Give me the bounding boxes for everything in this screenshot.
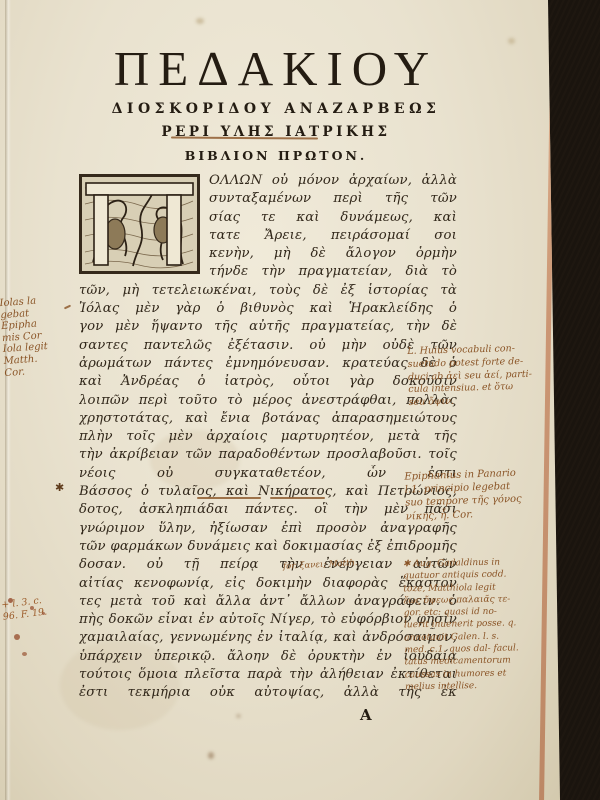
body-line: τατε Ἄρειε, πειράσομαί σοι παραστῆσαι μὴ (209, 227, 457, 245)
body-line: ὑπάρχειν ὑπερικῷ. ἄλοην δὲ ὀρυκτὴν ἐν ἰο… (79, 648, 457, 666)
body-line: δοτος, ἀσκληπιάδαι πάντες. οἳ τὴν μὲν πᾶ… (79, 501, 457, 519)
margin-asterisk: ✱ (55, 481, 64, 494)
margin-note-right-1: L. Huius vocabuli con-suetudo potest for… (407, 342, 559, 410)
margin-note-left: Iolas lagebatEpiphamis CorIola legitMatt… (0, 294, 65, 379)
body-line: γον μὲν ἥψαντο τῆς αὐτῆς πραγματείας, τὴ… (79, 318, 457, 336)
body-line: Ἰόλας μὲν γὰρ ὁ βιθυνὸς καὶ Ἡρακλείδης ὁ… (79, 300, 457, 318)
book-page: ΠΕΔΑΚΙΟΥ ΔΙΟΣΚΟΡΙΔΟΥ ΑΝΑΖΑΡΒΕΩΣ ΡΕΡΙ ΥΛΗ… (0, 0, 566, 800)
ink-underline (270, 497, 325, 499)
body-line: συνταξαμένων περὶ τῆς τῶν φαρμάκων σκευα… (209, 190, 457, 208)
ink-underline (197, 497, 261, 499)
body-line: πὴς δοκῶν εἶναι ἐν αὐτοῖς Νίγερ, τὸ εὐφό… (79, 611, 457, 629)
ink-blot (42, 612, 45, 615)
margin-note-line: melius intellise. (405, 679, 557, 694)
body-line: τῶν, μὴ τετελειωκέναι, τοὺς δὲ ἐξ ἱστορί… (79, 282, 457, 300)
ink-blot (30, 606, 34, 610)
paper-stain (208, 752, 214, 759)
ink-blot (8, 598, 13, 603)
signature-mark: A (360, 706, 372, 724)
body-line: Βάσσος ὁ τυλαῖος, καὶ Νικήρατος, καὶ Πετ… (79, 483, 457, 501)
body-line: ΟΛΛΩΝ οὐ μόνον ἀρχαίων, ἀλλὰ καὶ νέων (209, 172, 457, 190)
margin-note-right-2: Epiphanius in Panariol.1. principio lege… (404, 465, 558, 523)
body-line: νέοις οὐ συγκαταθετέον, ὧν ἐστι (79, 465, 457, 483)
page-title: ΠΕΔΑΚΙΟΥ (8, 40, 544, 97)
body-line: χρηστοτάτας, καὶ ἔνια βοτάνας ἀπαρασημει… (79, 410, 457, 428)
body-line: τούτοις ὅμοια πλεῖστα παρὰ τὴν ἀλήθειαν … (79, 666, 457, 684)
title-book-line: ΒΙΒΛΙΟΝ ΠΡΩΤΟΝ. (8, 148, 544, 163)
body-line: δοσαν. οὐ τῇ πείρᾳ τὴν ἐνέργειαν αὐτῶν κ… (79, 556, 457, 574)
body-line: σίας τε καὶ δυνάμεως, καὶ δοκιμασίας φίλ… (209, 209, 457, 227)
body-line: σαντες παντελῶς ἐξέτασιν. οὐ μὴν οὐδὲ τῶ… (79, 337, 457, 355)
photo-backdrop: { "colors": { "paper": "#e9e2cf", "print… (0, 0, 600, 800)
paper-stain (236, 714, 241, 718)
ink-blot (14, 634, 20, 640)
body-line: τήνδε τὴν πραγματείαν, διὰ τὸ τοὺς μὲν α… (209, 263, 457, 281)
body-line: καὶ Ἀνδρέας ὁ ἰατρὸς, οὗτοι γὰρ δοκοῦσιν… (79, 373, 457, 391)
body-line: αἰτίας κενοφωνίᾳ, εἰς δοκιμὴν διαφορὰς ἕ… (79, 575, 457, 593)
margin-note-line: seu ὄψιν. (409, 393, 559, 410)
body-line: πλὴν τοῖς μὲν ἀρχαίοις μαρτυρητέον, μετὰ… (79, 428, 457, 446)
woodcut-initial (79, 174, 200, 274)
body-line: ἀρωμάτων πάντες ἐμνημόνευσαν. κρατεύας δ… (79, 355, 457, 373)
body-line: χαμαιλαίας, γεννωμένης ἐν ἰταλίᾳ, καὶ ἀν… (79, 629, 457, 647)
ink-blot (22, 652, 27, 656)
margin-note-right-3: ✱ Aug. Gadaldinus inquatuor antiquis cod… (403, 556, 557, 694)
body-line: ἐστι τεκμήρια οὐκ αὐτοψίας, ἀλλὰ τῆς ἐκ … (79, 684, 457, 702)
body-line: γνώριμον ὕλην, ἠξίωσαν ἐπὶ προσὸν ἀναγρα… (79, 520, 457, 538)
body-line: κενὴν, μὴ δὲ ἄλογον ὁρμὴν ἐσχηκέναι πρὸς (209, 245, 457, 263)
body-full-lines: τῶν, μὴ τετελειωκέναι, τοὺς δὲ ἐξ ἱστορί… (79, 282, 457, 703)
body-line: τὴν ἀκρίβειαν τῶν παραδοθέντων προσλαβοῦ… (79, 446, 457, 464)
title-author-line: ΔΙΟΣΚΟΡΙΔΟΥ ΑΝΑΖΑΡΒΕΩΣ (8, 101, 544, 117)
ink-mark (64, 305, 71, 310)
body-line: τες μετὰ τοῦ καὶ ἄλλα ἀντ᾽ ἄλλων ἀναγράφ… (79, 593, 457, 611)
text-block: ΟΛΛΩΝ οὐ μόνον ἀρχαίων, ἀλλὰ καὶ νέωνσυν… (79, 172, 457, 703)
body-line: λοιπῶν περὶ τοῦτο τὸ μέρος ἀνεστράφθαι, … (79, 392, 457, 410)
body-line: τῶν φαρμάκων δυνάμεις καὶ δοκιμασίας ἐξ … (79, 538, 457, 556)
woodcut-initial-art (79, 174, 200, 274)
